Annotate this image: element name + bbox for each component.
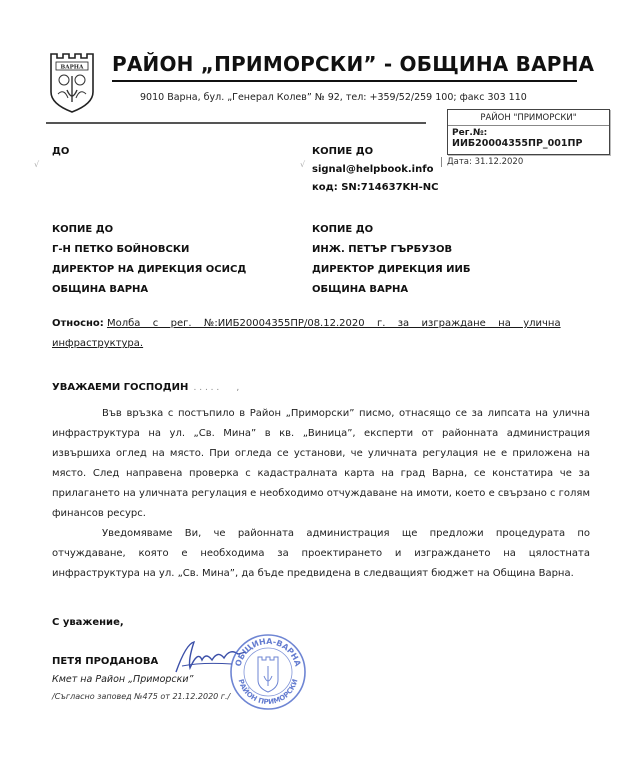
svg-text:ОБЩИНА-ВАРНА: ОБЩИНА-ВАРНА: [234, 637, 303, 668]
varna-crest-icon: ВАРНА: [48, 52, 96, 114]
salutation: УВАЖАЕМИ ГОСПОДИН . . . . . ,: [52, 375, 239, 394]
redaction-mark: √: [300, 160, 305, 169]
salutation-text: УВАЖАЕМИ ГОСПОДИН: [52, 382, 188, 393]
closing-regards: С уважение,: [52, 617, 124, 628]
registration-office: РАЙОН "ПРИМОРСКИ": [448, 110, 609, 126]
copy-name: ИНЖ. ПЕТЪР ГЪРБУЗОВ: [312, 244, 471, 264]
copy-org: ОБЩИНА ВАРНА: [52, 284, 246, 304]
signer-note: /Съгласно заповед №475 от 21.12.2020 г./: [52, 692, 230, 701]
registration-number: ИИБ20004355ПР_001ПР: [448, 138, 609, 149]
svg-text:ВАРНА: ВАРНА: [61, 65, 84, 71]
redaction-mark: √: [34, 160, 39, 169]
official-stamp-icon: ОБЩИНА-ВАРНА РАЙОН ПРИМОРСКИ: [228, 632, 308, 712]
to-label: ДО: [52, 146, 69, 157]
subject-line-2: инфраструктура.: [52, 338, 143, 349]
body-paragraph-2: Уведомяваме Ви, че районната администрац…: [52, 524, 590, 584]
header-divider: [46, 122, 426, 124]
copy-email: signal@helpbook.info: [312, 164, 433, 175]
subject: Относно: Молба с рег. №:ИИБ20004355ПР/08…: [52, 314, 592, 354]
copy-block-right: КОПИЕ ДО ИНЖ. ПЕТЪР ГЪРБУЗОВ ДИРЕКТОР ДИ…: [312, 224, 471, 304]
title-underline: [112, 80, 577, 82]
body-paragraph-1: Във връзка с постъпило в Район „Приморск…: [52, 404, 590, 524]
copy-to-label: КОПИЕ ДО: [312, 146, 373, 157]
office-address: 9010 Варна, бул. „Генерал Колев” № 92, т…: [140, 92, 527, 103]
copy-label: КОПИЕ ДО: [312, 224, 471, 244]
copy-block-left: КОПИЕ ДО Г-Н ПЕТКО БОЙНОВСКИ ДИРЕКТОР НА…: [52, 224, 246, 304]
salutation-redacted: . . . . . ,: [194, 383, 240, 393]
registration-label: Рег.№:: [448, 128, 609, 138]
subject-label: Относно:: [52, 318, 104, 329]
copy-code: код: SN:714637KH-NC: [312, 182, 439, 193]
copy-name: Г-Н ПЕТКО БОЙНОВСКИ: [52, 244, 246, 264]
subject-line-1: Молба с рег. №:ИИБ20004355ПР/08.12.2020 …: [107, 318, 561, 329]
copy-org: ОБЩИНА ВАРНА: [312, 284, 471, 304]
copy-position: ДИРЕКТОР НА ДИРЕКЦИЯ ОСИСД: [52, 264, 246, 284]
office-title: РАЙОН „ПРИМОРСКИ” - ОБЩИНА ВАРНА: [112, 52, 594, 76]
registration-date: Дата: 31.12.2020: [441, 157, 557, 167]
signer-name: ПЕТЯ ПРОДАНОВА: [52, 656, 158, 667]
copy-position: ДИРЕКТОР ДИРЕКЦИЯ ИИБ: [312, 264, 471, 284]
registration-box: РАЙОН "ПРИМОРСКИ" Рег.№: ИИБ20004355ПР_0…: [447, 109, 610, 155]
copy-label: КОПИЕ ДО: [52, 224, 246, 244]
